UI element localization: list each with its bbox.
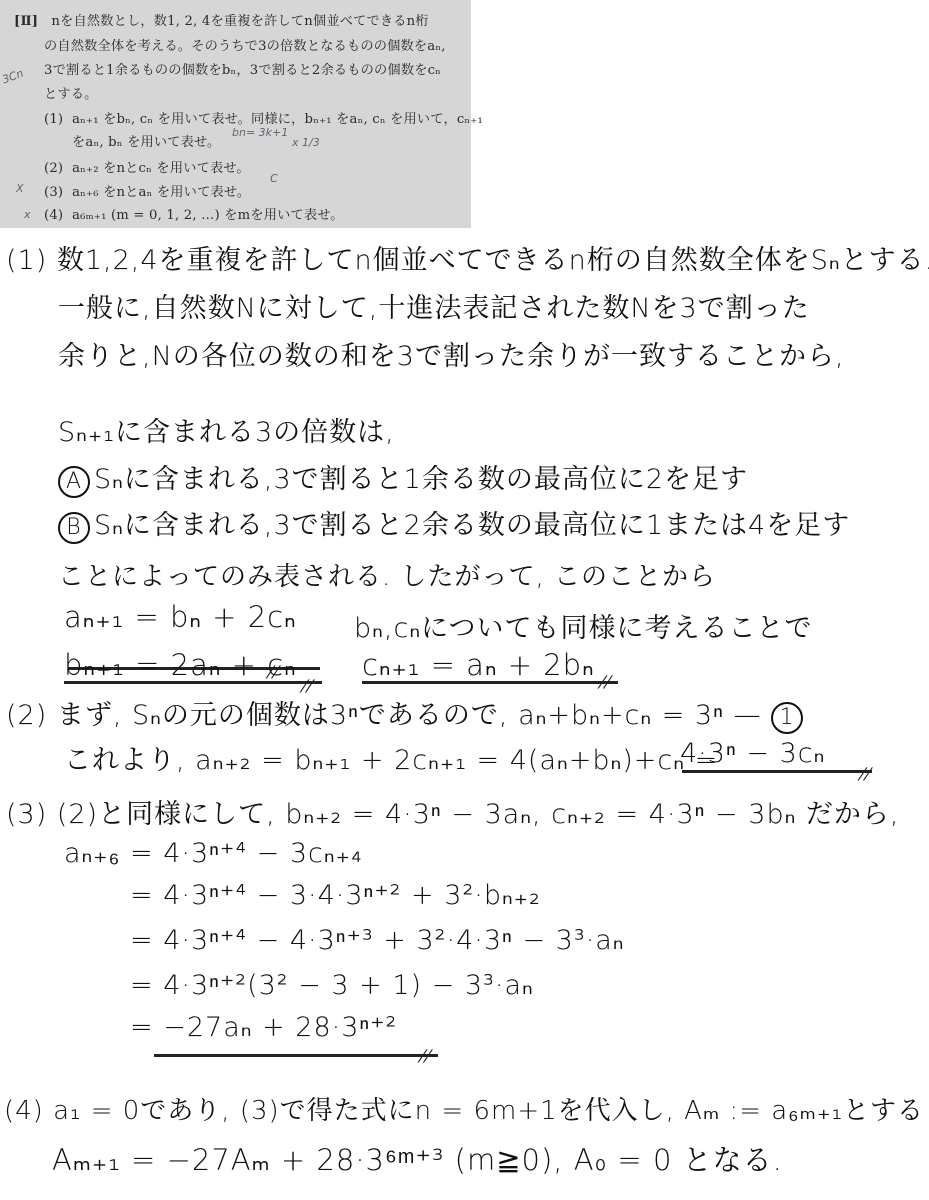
pencil-scribble: bn= 3k+1 xyxy=(232,126,288,139)
answer-underline xyxy=(682,770,872,773)
question-text: a₆ₘ₊₁ (m = 0, 1, 2, …) をmを用いて表せ。 xyxy=(72,208,344,223)
equation-c-n1: cₙ₊₁ = aₙ + 2bₙ xyxy=(362,648,595,682)
case-a-text: Sₙに含まれる,3で割ると1余る数の最高位に2を足す xyxy=(94,464,748,495)
solution-3-line-5: = 4·3ⁿ⁺²(3² − 3 + 1) − 3³·aₙ xyxy=(130,970,534,1001)
question-3: (3) aₙ₊₆ をnとaₙ を用いて表せ。 xyxy=(44,181,250,200)
problem-photo: [Ⅱ] nを自然数とし，数1, 2, 4を重複を許してn個並べてできるn桁 の自… xyxy=(0,0,471,228)
solution-1-line-2: 一般に,自然数Nに対して,十進法表記された数Nを3で割った xyxy=(58,286,810,325)
question-text: aₙ₊₂ をnとcₙ を用いて表せ。 xyxy=(72,161,250,176)
question-1-cont: をaₙ, bₙ を用いて表せ。 xyxy=(72,131,220,150)
solution-3-line-1: (3) (2)と同様にして, bₙ₊₂ = 4·3ⁿ − 3aₙ, cₙ₊₂ =… xyxy=(6,792,900,831)
problem-statement-line-2: の自然数全体を考える。そのうちで3の倍数となるものの個数をaₙ, xyxy=(44,35,446,54)
case-b-text: Sₙに含まれる,3で割ると2余る数の最高位に1または4を足す xyxy=(94,510,850,541)
pencil-scribble: x 1/3 xyxy=(292,136,320,149)
answer-underline xyxy=(362,681,618,684)
equation-b-n1: bₙ₊₁ = 2aₙ + cₙ xyxy=(64,648,297,682)
solution-3-line-6: = −27aₙ + 28·3ⁿ⁺² xyxy=(130,1012,397,1043)
equals-sign: = xyxy=(130,1012,154,1043)
answer-underline xyxy=(64,681,322,684)
solution-3-answer: −27aₙ + 28·3ⁿ⁺² xyxy=(163,1012,397,1043)
solution-1-mid: bₙ,cₙについても同様に考えることで xyxy=(354,606,813,645)
equation-a-n1: aₙ₊₁ = bₙ + 2cₙ xyxy=(64,600,297,634)
circled-1-icon: 1 xyxy=(771,702,803,734)
question-number: (3) xyxy=(44,185,63,200)
pencil-scribble: X xyxy=(16,182,24,195)
solution-1-line-4: Sₙ₊₁に含まれる3の倍数は, xyxy=(58,410,395,449)
solution-2-text: (2) まず, Sₙの元の個数は3ⁿであるので, aₙ+bₙ+cₙ = 3ⁿ — xyxy=(6,700,762,731)
question-2: (2) aₙ₊₂ をnとcₙ を用いて表せ。 xyxy=(44,157,250,176)
case-a: ASₙに含まれる,3で割ると1余る数の最高位に2を足す xyxy=(58,457,748,498)
solution-2-line-1: (2) まず, Sₙの元の個数は3ⁿであるので, aₙ+bₙ+cₙ = 3ⁿ —… xyxy=(6,693,807,734)
question-number: (4) xyxy=(44,208,63,223)
pencil-scribble: C xyxy=(270,172,278,185)
question-number: (1) xyxy=(44,112,63,127)
answer-underline xyxy=(154,1054,438,1057)
solution-1-line-1: (1) 数1,2,4を重複を許してn個並べてできるn桁の自然数全体をSₙとする. xyxy=(6,238,929,277)
case-b: BSₙに含まれる,3で割ると2余る数の最高位に1または4を足す xyxy=(58,503,850,544)
solution-3-line-4: = 4·3ⁿ⁺⁴ − 4·3ⁿ⁺³ + 3²·4·3ⁿ − 3³·aₙ xyxy=(130,925,625,956)
end-mark: // xyxy=(857,764,875,783)
pencil-scribble: x xyxy=(24,208,31,221)
solution-4-line-2: Aₘ₊₁ = −27Aₘ + 28·3⁶ᵐ⁺³ (m≧0), A₀ = 0 とな… xyxy=(52,1138,783,1179)
problem-statement-line-4: とする。 xyxy=(44,83,98,102)
problem-statement-line-1: [Ⅱ] nを自然数とし，数1, 2, 4を重複を許してn個並べてできるn桁 xyxy=(14,10,429,29)
circled-a-icon: A xyxy=(58,466,90,498)
solution-3-line-2: aₙ₊₆ = 4·3ⁿ⁺⁴ − 3cₙ₊₄ xyxy=(64,838,363,869)
solution-4-line-1: (4) a₁ = 0であり, (3)で得た式にn = 6m+1を代入し, Aₘ … xyxy=(4,1090,929,1127)
problem-statement-line-3: 3で割ると1余るものの個数をbₙ，3で割ると2余るものの個数をcₙ xyxy=(44,59,441,78)
question-text: aₙ₊₆ をnとaₙ を用いて表せ。 xyxy=(72,185,250,200)
question-4: (4) a₆ₘ₊₁ (m = 0, 1, 2, …) をmを用いて表せ。 xyxy=(44,204,344,223)
problem-tag: [Ⅱ] xyxy=(14,14,38,29)
pencil-scribble: 3Cn xyxy=(0,67,25,87)
question-text: aₙ₊₁ をbₙ, cₙ を用いて表せ。同様に，bₙ₊₁ をaₙ, cₙ を用い… xyxy=(72,112,483,127)
solution-2-answer: 4·3ⁿ − 3cₙ xyxy=(680,738,825,769)
circled-b-icon: B xyxy=(58,512,90,544)
question-number: (2) xyxy=(44,161,63,176)
solution-2-line-2: これより, aₙ₊₂ = bₙ₊₁ + 2cₙ₊₁ = 4(aₙ+bₙ)+cₙ … xyxy=(64,738,718,777)
solution-3-line-3: = 4·3ⁿ⁺⁴ − 3·4·3ⁿ⁺² + 3²·bₙ₊₂ xyxy=(130,880,541,911)
solution-1-line-5: ことによってのみ表される. したがって, このことから xyxy=(58,556,716,593)
problem-text: nを自然数とし，数1, 2, 4を重複を許してn個並べてできるn桁 xyxy=(51,14,428,29)
solution-1-line-3: 余りと,Nの各位の数の和を3で割った余りが一致することから, xyxy=(58,334,845,373)
question-1: (1) aₙ₊₁ をbₙ, cₙ を用いて表せ。同様に，bₙ₊₁ をaₙ, cₙ… xyxy=(44,108,483,127)
